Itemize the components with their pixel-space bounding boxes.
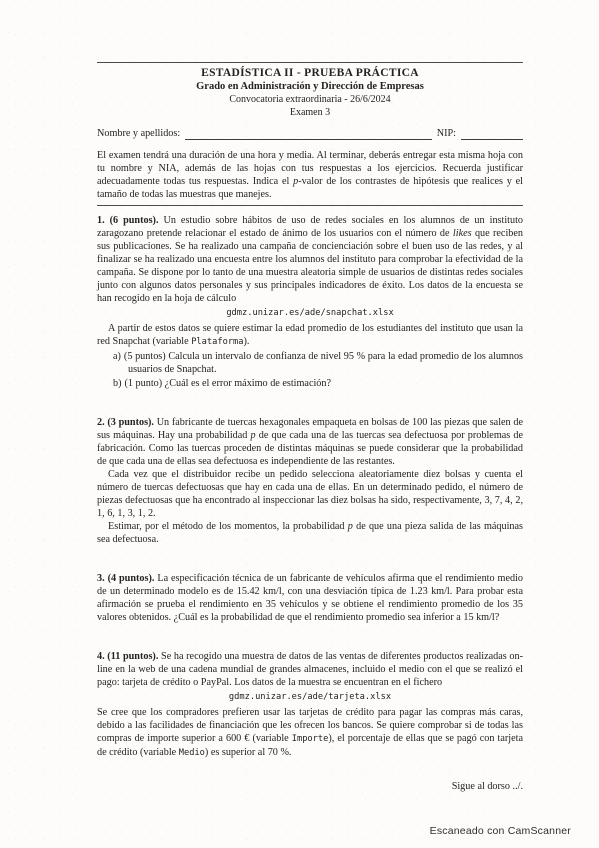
exam-title: ESTADÍSTICA II - PRUEBA PRÁCTICA <box>97 67 523 80</box>
text-segment: Cada vez que el distribuidor recibe un p… <box>97 469 523 519</box>
text-segment: ). <box>244 336 250 347</box>
text-segment: likes <box>453 228 472 239</box>
text-segment: Importe <box>292 734 329 744</box>
text-segment: 3. (4 puntos). <box>97 573 157 584</box>
question-paragraph: Se cree que los compradores prefieren us… <box>97 706 523 760</box>
continuation-note: Sigue al dorso ../. <box>97 780 523 793</box>
question-paragraph: 1. (6 puntos). Un estudio sobre hábitos … <box>97 214 523 305</box>
nip-label: NIP: <box>437 127 456 140</box>
question-3: 3. (4 puntos). La especificación técnica… <box>97 572 523 624</box>
question-paragraph: 2. (3 puntos). Un fabricante de tuercas … <box>97 416 523 468</box>
questions-section: 1. (6 puntos). Un estudio sobre hábitos … <box>97 214 523 760</box>
text-segment: La especificación técnica de un fabrican… <box>97 573 523 623</box>
exam-header: ESTADÍSTICA II - PRUEBA PRÁCTICA Grado e… <box>97 67 523 119</box>
exam-number: Examen 3 <box>97 106 523 119</box>
text-segment: (1 punto) ¿Cuál es el error máximo de es… <box>125 378 332 389</box>
question-paragraph: 4. (11 puntos). Se ha recogido una muest… <box>97 650 523 689</box>
session-line: Convocatoria extraordinaria - 26/6/2024 <box>97 93 523 106</box>
question-paragraph: 3. (4 puntos). La especificación técnica… <box>97 572 523 624</box>
text-segment: Estimar, por el método de los momentos, … <box>108 521 348 532</box>
question-item: b)(1 punto) ¿Cuál es el error máximo de … <box>97 377 523 390</box>
text-segment: Se ha recogido una muestra de datos de l… <box>97 651 523 688</box>
text-segment: Plataforma <box>191 337 243 347</box>
camscanner-note: Escaneado con CamScanner <box>430 825 571 837</box>
name-blank-line <box>185 128 432 140</box>
question-4: 4. (11 puntos). Se ha recogido una muest… <box>97 650 523 760</box>
text-segment: 4. (11 puntos). <box>97 651 161 662</box>
question-1: 1. (6 puntos). Un estudio sobre hábitos … <box>97 214 523 390</box>
data-file-url: gdmz.unizar.es/ade/snapchat.xlsx <box>97 307 523 320</box>
scanned-exam-page: ESTADÍSTICA II - PRUEBA PRÁCTICA Grado e… <box>0 0 599 848</box>
text-segment: 2. (3 puntos). <box>97 417 157 428</box>
item-label: a) <box>113 351 124 362</box>
top-divider <box>97 62 523 63</box>
question-item: a)(5 puntos) Calcula un intervalo de con… <box>97 350 523 376</box>
name-row: Nombre y apellidos: NIP: <box>97 127 523 140</box>
text-segment: que reciben sus publicaciones. Se ha rea… <box>97 228 523 304</box>
text-segment: A partir de estos datos se quiere estima… <box>97 323 523 347</box>
question-paragraph: Cada vez que el distribuidor recibe un p… <box>97 468 523 520</box>
text-segment: 1. (6 puntos). <box>97 215 163 226</box>
question-2: 2. (3 puntos). Un fabricante de tuercas … <box>97 416 523 546</box>
nip-blank-line <box>461 128 523 140</box>
item-label: b) <box>113 378 125 389</box>
instructions-paragraph: El examen tendrá una duración de una hor… <box>97 149 523 201</box>
question-paragraph: A partir de estos datos se quiere estima… <box>97 322 523 349</box>
data-file-url: gdmz.unizar.es/ade/tarjeta.xlsx <box>97 691 523 704</box>
question-paragraph: Estimar, por el método de los momentos, … <box>97 520 523 546</box>
mid-divider <box>97 205 523 206</box>
degree-line: Grado en Administración y Dirección de E… <box>97 80 523 93</box>
name-label: Nombre y apellidos: <box>97 127 180 140</box>
text-segment: Medio <box>179 748 205 758</box>
text-segment: (5 puntos) Calcula un intervalo de confi… <box>124 351 523 375</box>
page-content: ESTADÍSTICA II - PRUEBA PRÁCTICA Grado e… <box>97 62 523 793</box>
text-segment: ) es superior al 70 %. <box>205 747 292 758</box>
